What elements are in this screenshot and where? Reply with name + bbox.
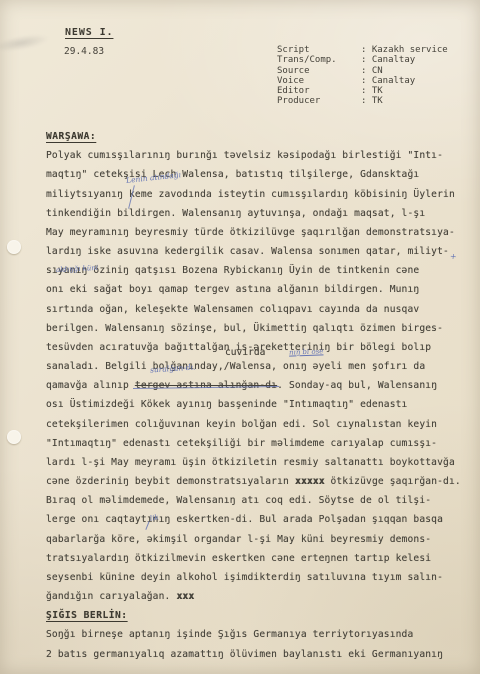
line-segment: . Sonday-aq bul, Walensanıŋ — [277, 380, 437, 391]
meta-row: Editor: TK — [277, 86, 448, 96]
typewritten-news-script-page: { "colors": { "paper": "#ebe2cf", "ink":… — [0, 0, 480, 674]
typescript-line: qabarlarğa köre, əkimşil organdar l-şi M… — [46, 530, 474, 549]
meta-value: : TK — [361, 86, 383, 96]
struck-text: tergev astına alınğan-dı — [135, 380, 277, 391]
pencil-smudge — [0, 31, 51, 55]
typescript-line: lardıŋ iske asuvına kedergilik casav. Wa… — [46, 242, 474, 261]
typescript-line: cetekşilerimen colığuvınan keyin bolğan … — [46, 415, 474, 434]
line-segment: ötkizüvge şaqırğan-dı. — [325, 476, 461, 487]
meta-label: Source — [277, 66, 361, 76]
typescript-line: tratsıyalardıŋ ötkizilmevin eskertken cə… — [46, 549, 474, 568]
section-heading: WARŞAWA: — [46, 127, 474, 146]
punch-hole — [7, 240, 21, 254]
typescript-line: Polyak cumısşılarınıŋ burınğı təvelsiz k… — [46, 146, 474, 165]
typescript-line: lardı l-şi May meyramı üşin ötkiziletin … — [46, 453, 474, 472]
overstrike-text: xxx — [176, 591, 194, 602]
meta-label: Producer — [277, 96, 361, 106]
typescript-line: miliytsıyanıŋ keme zavodında isteytin cu… — [46, 185, 474, 204]
typescript-line: sırtında oğan, keleşekte Walensamen colı… — [46, 300, 474, 319]
typescript-line: maqtıŋ" cetekşisi Lech Walensa, batıstıq… — [46, 165, 474, 184]
meta-label: Trans/Comp. — [277, 55, 361, 65]
typescript-line: May meyramınıŋ beyresmiy türde ötkizilüv… — [46, 223, 474, 242]
meta-row: Script: Kazakh service — [277, 45, 448, 55]
meta-label: Script — [277, 45, 361, 55]
typescript-line: "Intımaqtıŋ" edenastı cetekşiliği bir mə… — [46, 434, 474, 453]
typescript-line: lerge onı caqtaytınıŋ eskertken-di. Bul … — [46, 510, 474, 529]
typescript-line: Bıraq ol məlimdemede, Walensanıŋ atı coq… — [46, 491, 474, 510]
line-segment: cəne özderiniŋ beybit demonstratsıyaları… — [46, 476, 295, 487]
meta-value: : CN — [361, 66, 383, 76]
typescript-line: tinkendiğin bildirgen. Walensanıŋ aytuvı… — [46, 204, 474, 223]
typescript-line: Soŋğı birneşe aptanıŋ işinde Şığıs Germa… — [46, 625, 474, 644]
typescript-body: WARŞAWA:Polyak cumısşılarınıŋ burınğı tə… — [46, 127, 474, 664]
section-heading: ŞIĞIS BERLİN: — [46, 606, 474, 625]
typescript-line: cəne özderiniŋ beybit demonstratsıyaları… — [46, 472, 474, 491]
punch-hole — [7, 430, 21, 444]
page-title: NEWS I. — [65, 27, 113, 38]
typescript-line: berilgen. Walensanıŋ sözinşe, bul, Ükime… — [46, 319, 474, 338]
meta-value: : Kazakh service — [361, 45, 448, 55]
typed-insertion-word: cuvırda — [225, 347, 265, 358]
illegible-handwritten-annotation: nıŋ bi ose — [289, 347, 324, 356]
overstrike-text: xxxxx — [295, 476, 325, 487]
meta-row: Source: CN — [277, 66, 448, 76]
typescript-line: ğandığın carıyalağan. xxx — [46, 587, 474, 606]
typescript-line: onı eki sağat boyı qamap tergev astına a… — [46, 280, 474, 299]
meta-value: : Canaltay — [361, 76, 415, 86]
meta-value: : Canaltay — [361, 55, 415, 65]
meta-label: Editor — [277, 86, 361, 96]
date: 29.4.83 — [64, 46, 104, 57]
meta-row: Trans/Comp.: Canaltay — [277, 55, 448, 65]
typescript-line: sıyanıŋ öziniŋ qatşısı Bozena Rybickanıŋ… — [46, 261, 474, 280]
line-segment: ğandığın carıyalağan. — [46, 591, 176, 602]
typescript-line: seysenbi künine deyin alkohol işimdikter… — [46, 568, 474, 587]
handwritten-insert-lik: lik — [149, 513, 159, 522]
typescript-line: qamavğa alınıp tergev astına alınğan-dı.… — [46, 376, 474, 395]
meta-label: Voice — [277, 76, 361, 86]
typescript-line: osı Üstimizdeği Kökek ayınıŋ basşeninde … — [46, 395, 474, 414]
meta-row: Producer: TK — [277, 96, 448, 106]
typescript-line: 2 batıs germanıyalıq azamattıŋ ölüvimen … — [46, 645, 474, 664]
blue-pen-mark: + — [449, 252, 457, 262]
line-segment: qamavğa alınıp — [46, 380, 135, 391]
header-meta: Script: Kazakh serviceTrans/Comp.: Canal… — [277, 45, 448, 107]
typescript-line: sanaladı. Belgili bolğanınday,/Walensa, … — [46, 357, 474, 376]
meta-row: Voice: Canaltay — [277, 76, 448, 86]
meta-value: : TK — [361, 96, 383, 106]
